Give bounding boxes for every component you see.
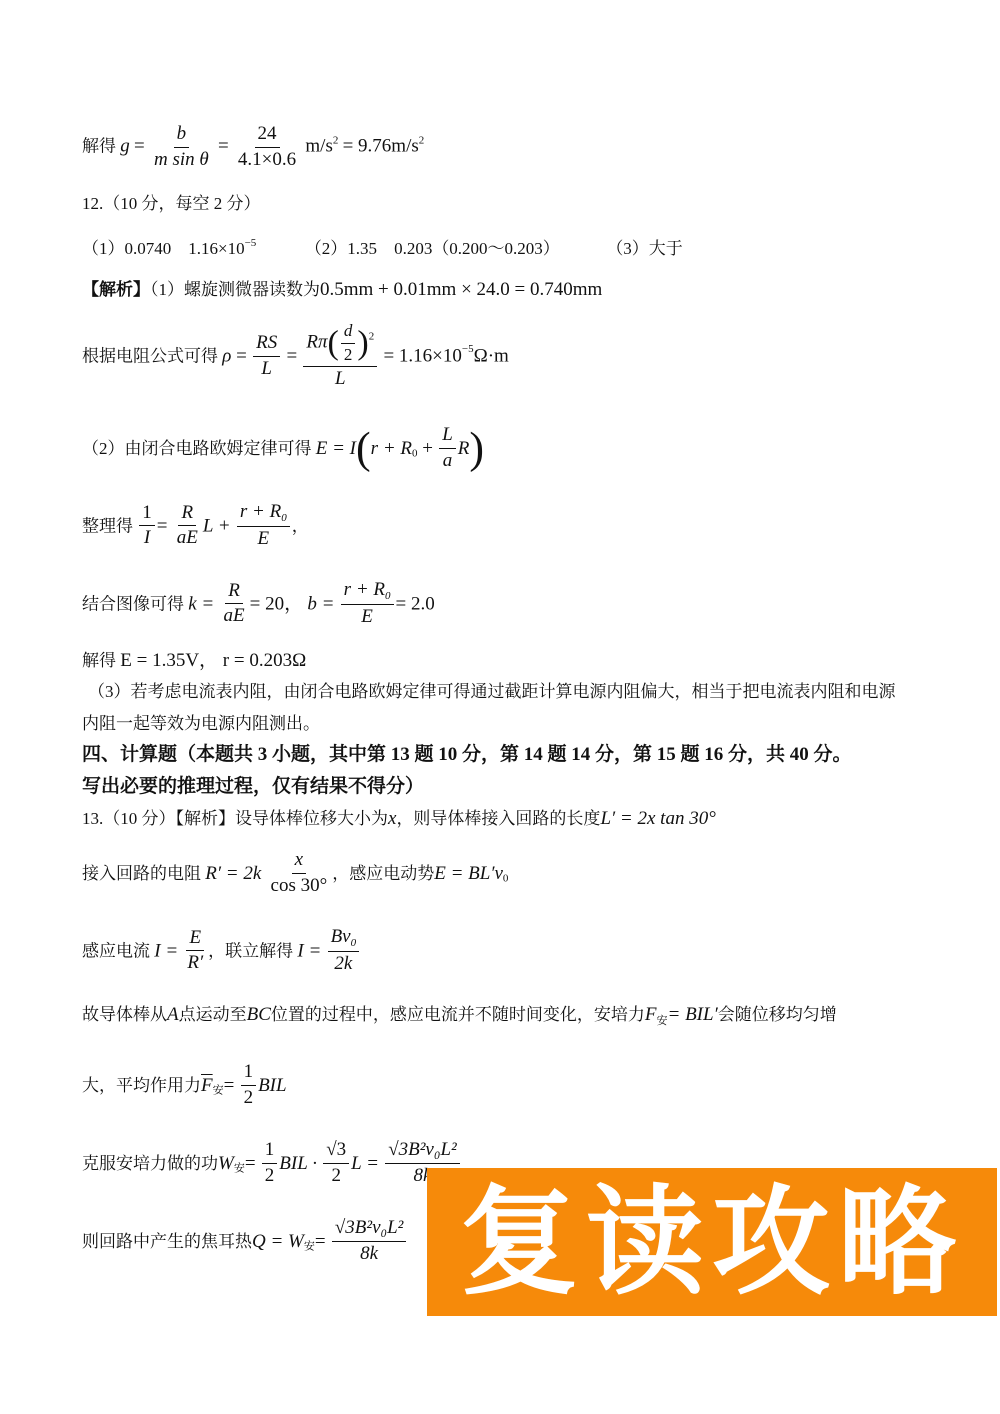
fraction: bm sin θ — [151, 124, 212, 171]
var-g: g — [120, 135, 130, 156]
unit: m/s — [305, 135, 332, 156]
q12-answers: （1）0.0740 1.16×10−5 （2）1.35 0.203（0.200～… — [82, 238, 683, 257]
watermark-banner: 复读攻略 — [427, 1168, 997, 1316]
ohm-law-line: （2）由闭合电路欧姆定律可得 E = I(r + R0 + LaR) — [82, 425, 484, 472]
part3-line-1: （3）若考虑电流表内阻，由闭合电路欧姆定律可得通过截距计算电源内阻偏大，相当于把… — [88, 683, 896, 700]
q12-header: 12.（10 分，每空 2 分） — [82, 195, 261, 212]
work-line: 克服安培力做的功W安= 12BIL · √32L = √3B²v₀L²8k — [82, 1140, 462, 1187]
part3-line-2: 内阻一起等效为电源内阻测出。 — [82, 715, 320, 732]
force-line-2: 大，平均作用力F安= 12BIL — [82, 1062, 287, 1109]
banner-text: 复读攻略 — [460, 1183, 964, 1301]
solve-line: 解得 E = 1.35V， r = 0.203Ω — [82, 651, 306, 670]
resistivity-line: 根据电阻公式可得 ρ = RSL = Rπ(d2)2L = 1.16×10−5Ω… — [82, 322, 509, 390]
current-line: 感应电流 I = ER′，联立解得 I = Bv02k — [82, 927, 361, 975]
q12-analysis-1: 【解析】（1）螺旋测微器读数为0.5mm + 0.01mm × 24.0 = 0… — [82, 280, 602, 299]
resistance-line: 接入回路的电阻 R′ = 2k xcos 30°，感应电动势E = BL′v0 — [82, 850, 508, 897]
section4-heading-1: 四、计算题（本题共 3 小题，其中第 13 题 10 分，第 14 题 14 分… — [82, 745, 852, 764]
fraction: 244.1×0.6 — [235, 124, 299, 171]
force-line-1: 故导体棒从A点运动至BC位置的过程中，感应电流并不随时间变化，安培力F安= BI… — [82, 1005, 837, 1027]
g-result-line: 解得 g = bm sin θ = 244.1×0.6 m/s2 = 9.76m… — [82, 124, 424, 171]
q13-line-1: 13.（10 分）【解析】设导体棒位移大小为x，则导体棒接入回路的长度L′ = … — [82, 809, 716, 828]
label: 解得 — [82, 136, 116, 155]
result: = 9.76m/s — [343, 135, 419, 156]
graph-line: 结合图像可得 k = RaE= 20， b = r + R0E= 2.0 — [82, 580, 435, 628]
section4-heading-2: 写出必要的推理过程，仅有结果不得分） — [82, 777, 424, 796]
rearrange-line: 整理得 1I= RaEL + r + R0E， — [82, 502, 309, 550]
heat-line: 则回路中产生的焦耳热Q = W安= √3B²v₀L²8k — [82, 1218, 408, 1265]
